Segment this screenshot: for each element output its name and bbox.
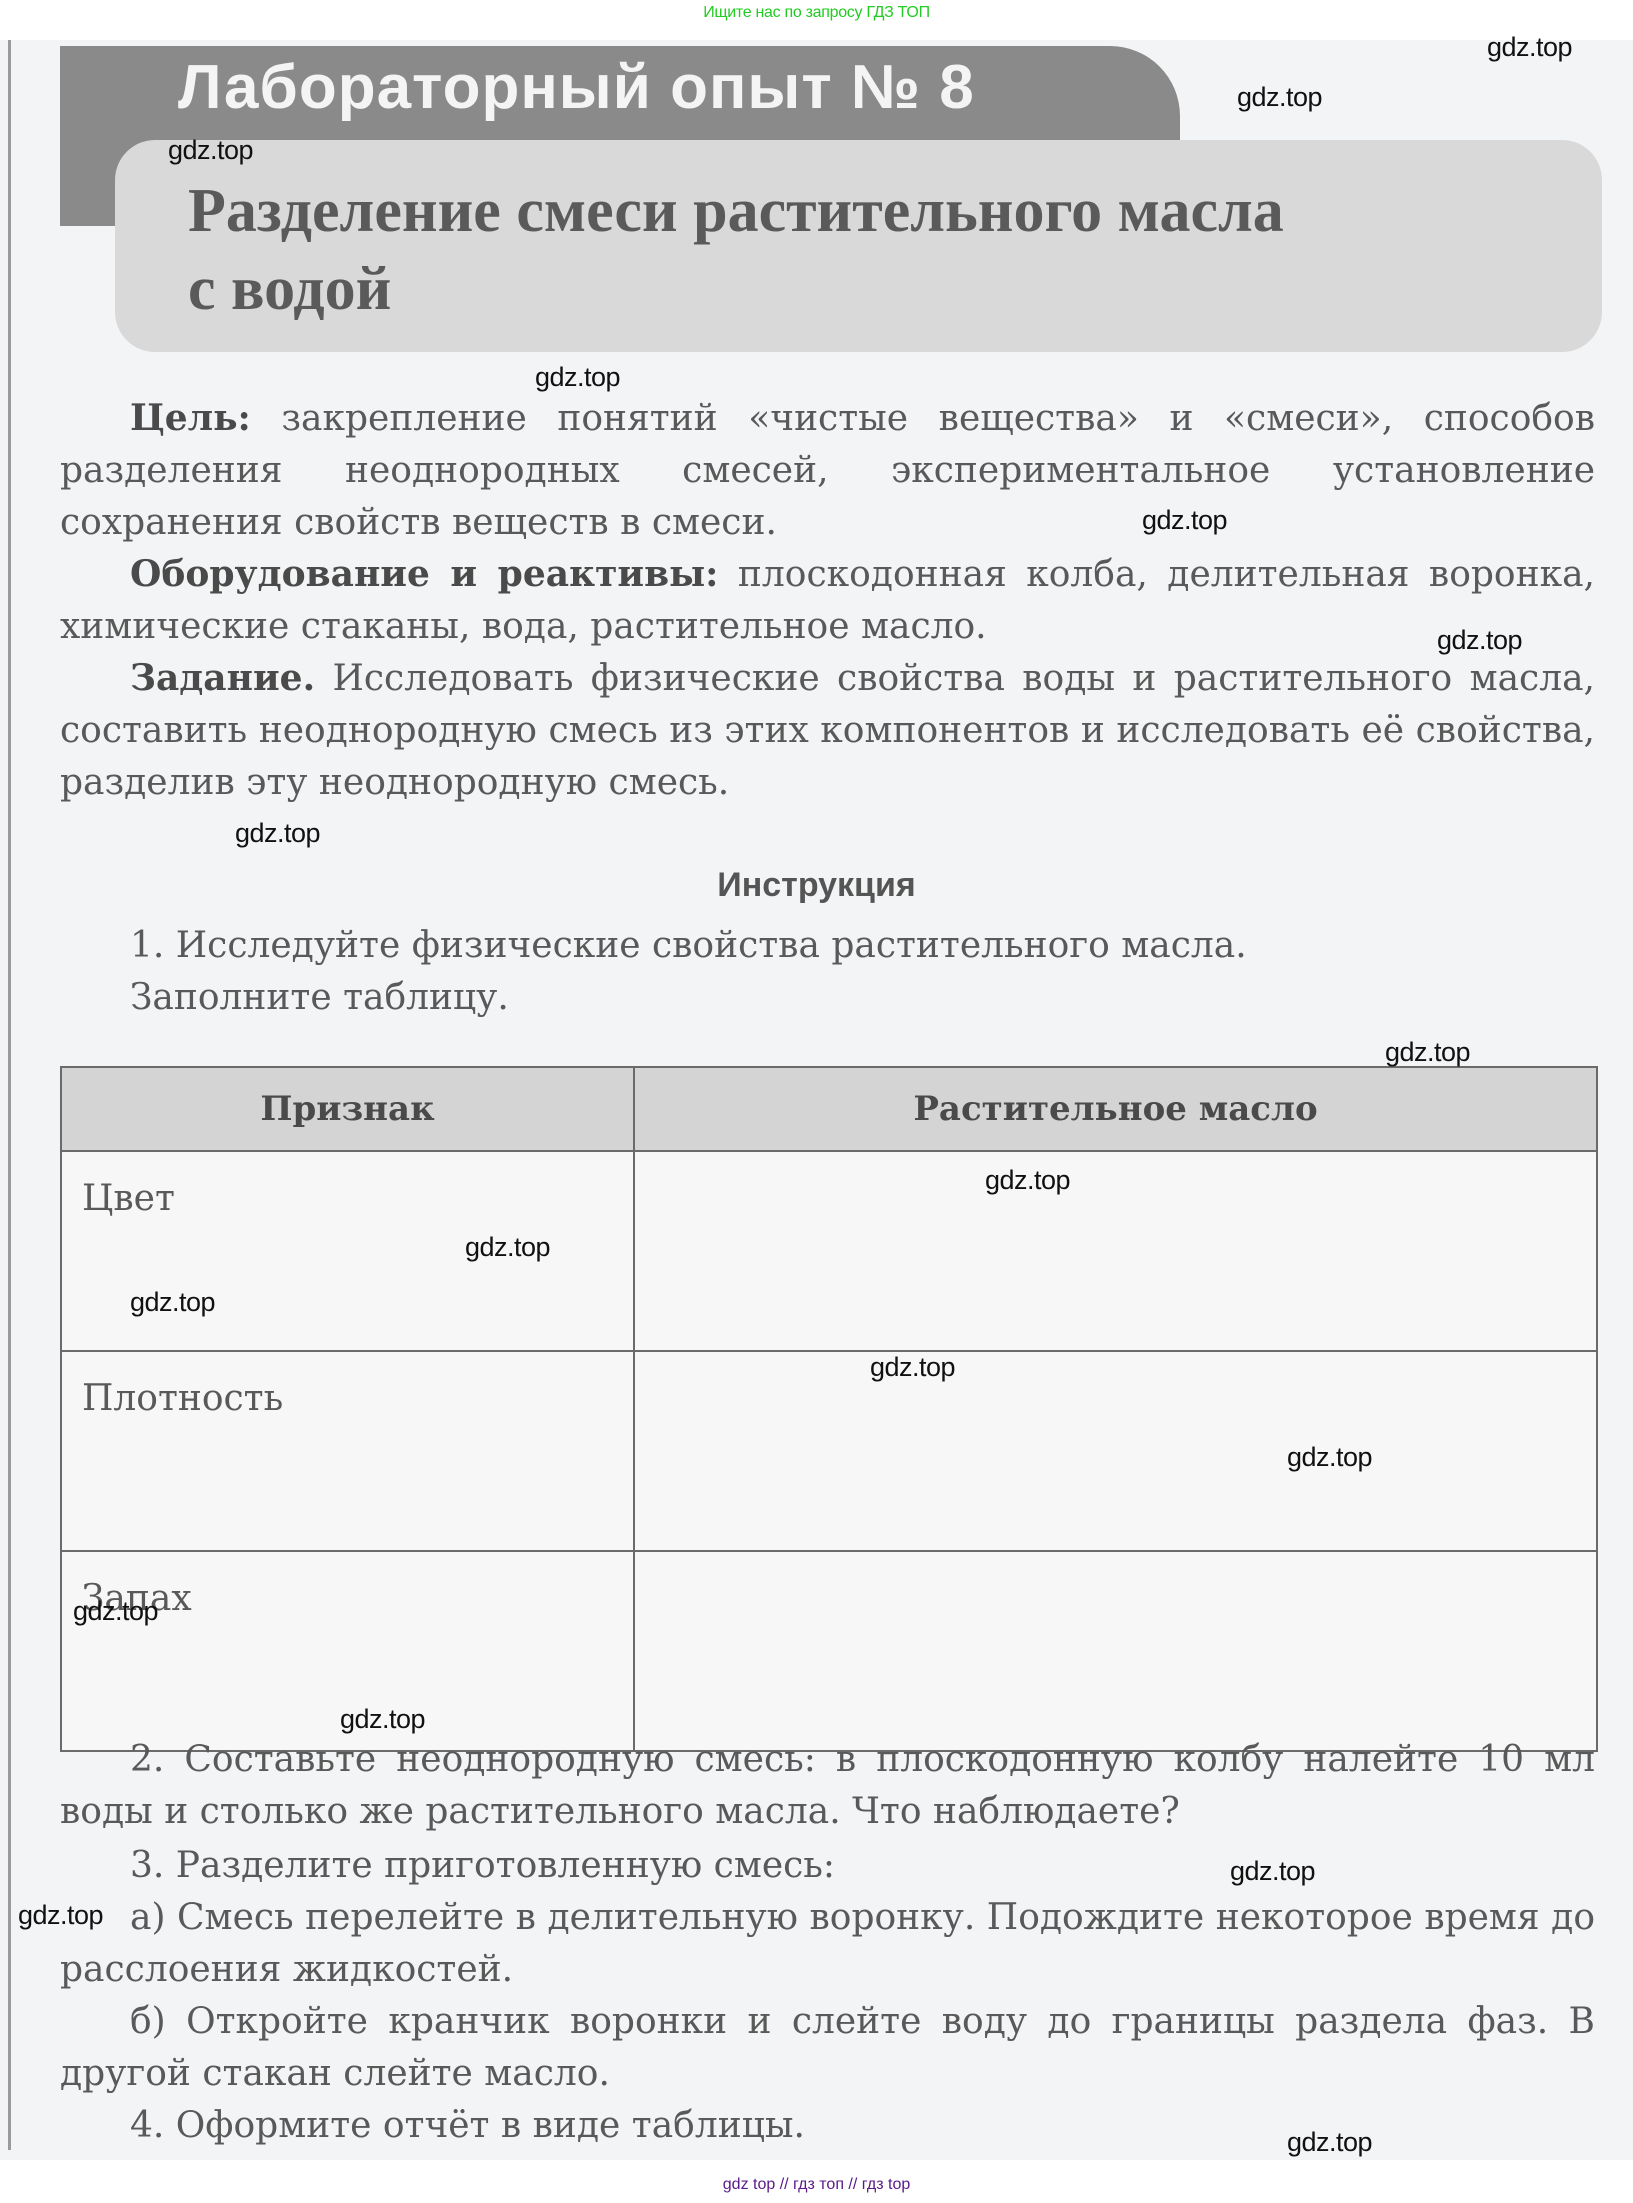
table-row: Цвет bbox=[61, 1151, 1597, 1351]
watermark: gdz.top bbox=[73, 1596, 158, 1627]
table-cell-answer[interactable] bbox=[634, 1351, 1597, 1551]
table-header-row: Признак Растительное масло bbox=[61, 1067, 1597, 1151]
goal-text: закрепление понятий «чистые вещества» и … bbox=[60, 398, 1595, 543]
task-paragraph: Задание. Исследовать физические свойства… bbox=[60, 652, 1595, 809]
watermark: gdz.top bbox=[130, 1287, 215, 1318]
watermark: gdz.top bbox=[985, 1165, 1070, 1196]
watermark: gdz.top bbox=[235, 818, 320, 849]
watermark: gdz.top bbox=[1385, 1037, 1470, 1068]
watermark: gdz.top bbox=[870, 1352, 955, 1383]
table-cell-answer[interactable] bbox=[634, 1151, 1597, 1351]
step-1-line2: Заполните таблицу. bbox=[130, 977, 509, 1018]
topic-title-line1: Разделение смеси растительного масла bbox=[188, 172, 1488, 250]
footer-banner-link[interactable]: gdz top // гдз топ // гдз top bbox=[0, 2176, 1633, 2194]
table-row: Запах bbox=[61, 1551, 1597, 1751]
step-3b: б) Откройте кранчик воронки и слейте вод… bbox=[60, 1996, 1595, 2100]
watermark: gdz.top bbox=[1142, 505, 1227, 536]
table-cell-feature: Плотность bbox=[61, 1351, 634, 1551]
watermark: gdz.top bbox=[1287, 2127, 1372, 2158]
watermark: gdz.top bbox=[1437, 625, 1522, 656]
watermark: gdz.top bbox=[1230, 1856, 1315, 1887]
step-2-text: 2. Составьте неоднородную смесь: в плоск… bbox=[60, 1739, 1595, 1832]
top-banner-link[interactable]: Ищите нас по запросу ГДЗ ТОП bbox=[0, 4, 1633, 22]
watermark: gdz.top bbox=[18, 1900, 103, 1931]
task-label: Задание. bbox=[130, 657, 315, 699]
step-3a: а) Смесь перелейте в делительную воронку… bbox=[60, 1892, 1595, 1996]
table-header-feature: Признак bbox=[61, 1067, 634, 1151]
step-4-text: 4. Оформите отчёт в виде таблицы. bbox=[130, 2105, 805, 2146]
lab-title: Лабораторный опыт № 8 bbox=[178, 52, 975, 123]
step-3: 3. Разделите приготовленную смесь: bbox=[60, 1840, 1595, 1892]
equipment-label: Оборудование и реактивы: bbox=[130, 553, 718, 595]
watermark: gdz.top bbox=[465, 1232, 550, 1263]
page-edge-rule bbox=[8, 40, 11, 2150]
step-1-line1: 1. Исследуйте физические свойства растит… bbox=[130, 925, 1247, 966]
watermark: gdz.top bbox=[168, 135, 253, 166]
watermark: gdz.top bbox=[1287, 1442, 1372, 1473]
properties-table: Признак Растительное масло Цвет Плотност… bbox=[60, 1066, 1598, 1752]
step-3b-text: б) Откройте кранчик воронки и слейте вод… bbox=[60, 2001, 1595, 2094]
watermark: gdz.top bbox=[535, 362, 620, 393]
step-3a-text: а) Смесь перелейте в делительную воронку… bbox=[60, 1897, 1595, 1990]
instruction-heading: Инструкция bbox=[0, 866, 1633, 905]
table-cell-answer[interactable] bbox=[634, 1551, 1597, 1751]
goal-label: Цель: bbox=[130, 397, 251, 439]
topic-title-line2: с водой bbox=[188, 250, 1488, 328]
watermark: gdz.top bbox=[1487, 32, 1572, 63]
step-2: 2. Составьте неоднородную смесь: в плоск… bbox=[60, 1734, 1595, 1838]
equipment-paragraph: Оборудование и реактивы: плоскодонная ко… bbox=[60, 548, 1595, 653]
table-header-oil: Растительное масло bbox=[634, 1067, 1597, 1151]
watermark: gdz.top bbox=[1237, 82, 1322, 113]
step-1: 1. Исследуйте физические свойства растит… bbox=[60, 920, 1595, 1024]
goal-paragraph: Цель: закрепление понятий «чистые вещест… bbox=[60, 392, 1595, 549]
topic-title: Разделение смеси растительного масла с в… bbox=[188, 172, 1488, 328]
step-3-text: 3. Разделите приготовленную смесь: bbox=[130, 1845, 835, 1886]
watermark: gdz.top bbox=[340, 1704, 425, 1735]
